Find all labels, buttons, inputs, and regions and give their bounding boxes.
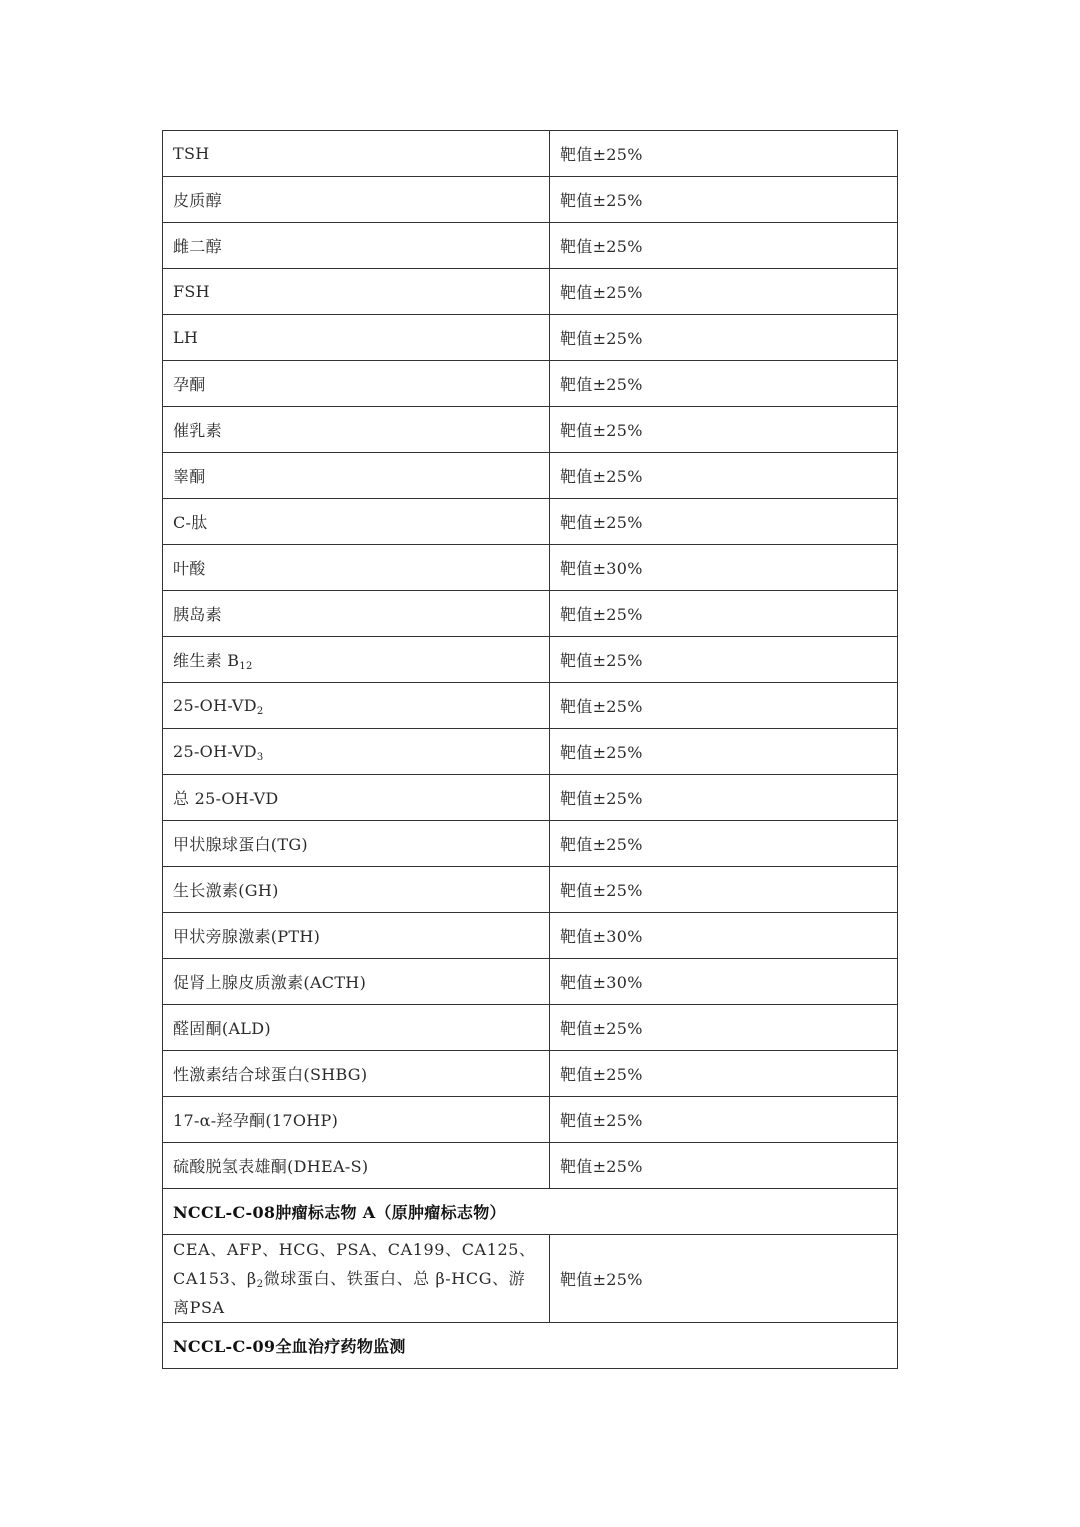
- tolerance-value: 靶值±25%: [560, 237, 643, 256]
- table-row: CEA、AFP、HCG、PSA、CA199、CA125、CA153、β2微球蛋白…: [163, 1235, 898, 1323]
- tolerance-cell: 靶值±25%: [550, 867, 898, 913]
- analyte-cell: FSH: [163, 269, 550, 315]
- beta-subscript: 2: [257, 1279, 264, 1290]
- analyte-name: 醛固酮(ALD): [173, 1019, 271, 1038]
- tolerance-value: 靶值±25%: [560, 145, 643, 164]
- table-row: 总 25-OH-VD 靶值±25%: [163, 775, 898, 821]
- analyte-cell: 性激素结合球蛋白(SHBG): [163, 1051, 550, 1097]
- analyte-name: 甲状腺球蛋白(TG): [173, 835, 308, 854]
- tolerance-cell: 靶值±25%: [550, 775, 898, 821]
- table-row: LH 靶值±25%: [163, 315, 898, 361]
- tolerance-cell: 靶值±25%: [550, 499, 898, 545]
- analyte-name: 叶酸: [173, 559, 206, 578]
- table-row: TSH 靶值±25%: [163, 131, 898, 177]
- analyte-cell: C-肽: [163, 499, 550, 545]
- tolerance-cell: 靶值±30%: [550, 959, 898, 1005]
- analyte-cell: 甲状腺球蛋白(TG): [163, 821, 550, 867]
- analyte-name: 25-OH-VD: [173, 696, 257, 715]
- analyte-cell: 雌二醇: [163, 223, 550, 269]
- table-row: 促肾上腺皮质激素(ACTH) 靶值±30%: [163, 959, 898, 1005]
- tolerance-value: 靶值±25%: [560, 513, 643, 532]
- analyte-cell: 叶酸: [163, 545, 550, 591]
- tolerance-cell: 靶值±25%: [550, 683, 898, 729]
- tolerance-cell: 靶值±25%: [550, 361, 898, 407]
- analyte-cell: LH: [163, 315, 550, 361]
- tolerance-value: 靶值±25%: [560, 743, 643, 762]
- table-row: C-肽 靶值±25%: [163, 499, 898, 545]
- table-row: 性激素结合球蛋白(SHBG) 靶值±25%: [163, 1051, 898, 1097]
- tolerance-value: 靶值±25%: [560, 329, 643, 348]
- document-page: TSH 靶值±25% 皮质醇 靶值±25% 雌二醇 靶值±25% FSH 靶值±…: [162, 130, 897, 1369]
- tolerance-value: 靶值±30%: [560, 927, 643, 946]
- section-title-nccl-c-09: NCCL-C-09全血治疗药物监测: [163, 1323, 898, 1369]
- tolerance-cell: 靶值±25%: [550, 1235, 898, 1323]
- analyte-name: TSH: [173, 144, 210, 163]
- table-row: 生长激素(GH) 靶值±25%: [163, 867, 898, 913]
- analyte-name: 孕酮: [173, 375, 206, 394]
- tolerance-value: 靶值±25%: [560, 1065, 643, 1084]
- table-row: 胰岛素 靶值±25%: [163, 591, 898, 637]
- analyte-name: 生长激素(GH): [173, 881, 279, 900]
- analyte-name: FSH: [173, 282, 210, 301]
- analyte-name: 胰岛素: [173, 605, 222, 624]
- analyte-cell: 生长激素(GH): [163, 867, 550, 913]
- tolerance-cell: 靶值±25%: [550, 1005, 898, 1051]
- table-row: 甲状旁腺激素(PTH) 靶值±30%: [163, 913, 898, 959]
- analyte-cell: 总 25-OH-VD: [163, 775, 550, 821]
- tolerance-value: 靶值±30%: [560, 559, 643, 578]
- analyte-name: 雌二醇: [173, 237, 222, 256]
- analyte-name: 性激素结合球蛋白(SHBG): [173, 1065, 367, 1084]
- tumor-marker-list-cell: CEA、AFP、HCG、PSA、CA199、CA125、CA153、β2微球蛋白…: [163, 1235, 550, 1323]
- analyte-name: 维生素 B: [173, 651, 239, 670]
- analyte-cell: 硫酸脱氢表雄酮(DHEA-S): [163, 1143, 550, 1189]
- table-row: 雌二醇 靶值±25%: [163, 223, 898, 269]
- quality-tolerance-table: TSH 靶值±25% 皮质醇 靶值±25% 雌二醇 靶值±25% FSH 靶值±…: [162, 130, 898, 1369]
- table-row: 维生素 B12 靶值±25%: [163, 637, 898, 683]
- tolerance-value: 靶值±25%: [560, 789, 643, 808]
- section-title-nccl-c-08: NCCL-C-08肿瘤标志物 A（原肿瘤标志物）: [163, 1189, 898, 1235]
- tolerance-value: 靶值±25%: [560, 1270, 643, 1289]
- analyte-cell: 促肾上腺皮质激素(ACTH): [163, 959, 550, 1005]
- analyte-subscript: 3: [257, 752, 264, 763]
- analyte-name: 硫酸脱氢表雄酮(DHEA-S): [173, 1157, 368, 1176]
- tolerance-cell: 靶值±25%: [550, 1051, 898, 1097]
- analyte-cell: 维生素 B12: [163, 637, 550, 683]
- tolerance-value: 靶值±25%: [560, 1157, 643, 1176]
- tolerance-cell: 靶值±25%: [550, 1097, 898, 1143]
- tolerance-value: 靶值±25%: [560, 283, 643, 302]
- analyte-cell: 25-OH-VD2: [163, 683, 550, 729]
- table-row: 硫酸脱氢表雄酮(DHEA-S) 靶值±25%: [163, 1143, 898, 1189]
- analyte-name: 催乳素: [173, 421, 222, 440]
- analyte-subscript: 2: [257, 706, 264, 717]
- tolerance-value: 靶值±25%: [560, 651, 643, 670]
- table-row: 催乳素 靶值±25%: [163, 407, 898, 453]
- analyte-name: 总 25-OH-VD: [173, 789, 279, 808]
- tolerance-cell: 靶值±25%: [550, 407, 898, 453]
- tolerance-cell: 靶值±25%: [550, 131, 898, 177]
- tolerance-value: 靶值±25%: [560, 697, 643, 716]
- analyte-name: 甲状旁腺激素(PTH): [173, 927, 320, 946]
- tolerance-value: 靶值±25%: [560, 191, 643, 210]
- table-row: 皮质醇 靶值±25%: [163, 177, 898, 223]
- tolerance-value: 靶值±25%: [560, 835, 643, 854]
- tolerance-cell: 靶值±25%: [550, 821, 898, 867]
- analyte-cell: 皮质醇: [163, 177, 550, 223]
- analyte-cell: 孕酮: [163, 361, 550, 407]
- tolerance-value: 靶值±25%: [560, 467, 643, 486]
- tolerance-value: 靶值±25%: [560, 881, 643, 900]
- tolerance-cell: 靶值±25%: [550, 637, 898, 683]
- table-row: FSH 靶值±25%: [163, 269, 898, 315]
- analyte-name: 皮质醇: [173, 191, 222, 210]
- analyte-name: 促肾上腺皮质激素(ACTH): [173, 973, 366, 992]
- tolerance-cell: 靶值±30%: [550, 913, 898, 959]
- tolerance-cell: 靶值±25%: [550, 315, 898, 361]
- tolerance-cell: 靶值±25%: [550, 269, 898, 315]
- analyte-cell: 胰岛素: [163, 591, 550, 637]
- analyte-subscript: 12: [239, 661, 252, 672]
- tolerance-cell: 靶值±25%: [550, 453, 898, 499]
- analyte-cell: 17-α-羟孕酮(17OHP): [163, 1097, 550, 1143]
- analyte-cell: 睾酮: [163, 453, 550, 499]
- table-row: 25-OH-VD3 靶值±25%: [163, 729, 898, 775]
- tolerance-value: 靶值±25%: [560, 375, 643, 394]
- tolerance-cell: 靶值±30%: [550, 545, 898, 591]
- table-row: 孕酮 靶值±25%: [163, 361, 898, 407]
- analyte-cell: 催乳素: [163, 407, 550, 453]
- analyte-name: 睾酮: [173, 467, 206, 486]
- table-row: 睾酮 靶值±25%: [163, 453, 898, 499]
- table-row: 25-OH-VD2 靶值±25%: [163, 683, 898, 729]
- analyte-cell: TSH: [163, 131, 550, 177]
- tolerance-cell: 靶值±25%: [550, 729, 898, 775]
- tolerance-cell: 靶值±25%: [550, 177, 898, 223]
- tolerance-value: 靶值±25%: [560, 605, 643, 624]
- table-row: 甲状腺球蛋白(TG) 靶值±25%: [163, 821, 898, 867]
- analyte-name: 17-α-羟孕酮(17OHP): [173, 1111, 338, 1130]
- tolerance-cell: 靶值±25%: [550, 1143, 898, 1189]
- tolerance-value: 靶值±30%: [560, 973, 643, 992]
- analyte-name: LH: [173, 328, 198, 347]
- table-row: 醛固酮(ALD) 靶值±25%: [163, 1005, 898, 1051]
- analyte-cell: 甲状旁腺激素(PTH): [163, 913, 550, 959]
- analyte-name: C-肽: [173, 513, 208, 532]
- tolerance-value: 靶值±25%: [560, 421, 643, 440]
- analyte-cell: 25-OH-VD3: [163, 729, 550, 775]
- analyte-cell: 醛固酮(ALD): [163, 1005, 550, 1051]
- tolerance-value: 靶值±25%: [560, 1019, 643, 1038]
- section-header-row: NCCL-C-08肿瘤标志物 A（原肿瘤标志物）: [163, 1189, 898, 1235]
- analyte-name: 25-OH-VD: [173, 742, 257, 761]
- tolerance-cell: 靶值±25%: [550, 223, 898, 269]
- table-row: 叶酸 靶值±30%: [163, 545, 898, 591]
- section-header-row: NCCL-C-09全血治疗药物监测: [163, 1323, 898, 1369]
- tolerance-cell: 靶值±25%: [550, 591, 898, 637]
- tolerance-value: 靶值±25%: [560, 1111, 643, 1130]
- table-row: 17-α-羟孕酮(17OHP) 靶值±25%: [163, 1097, 898, 1143]
